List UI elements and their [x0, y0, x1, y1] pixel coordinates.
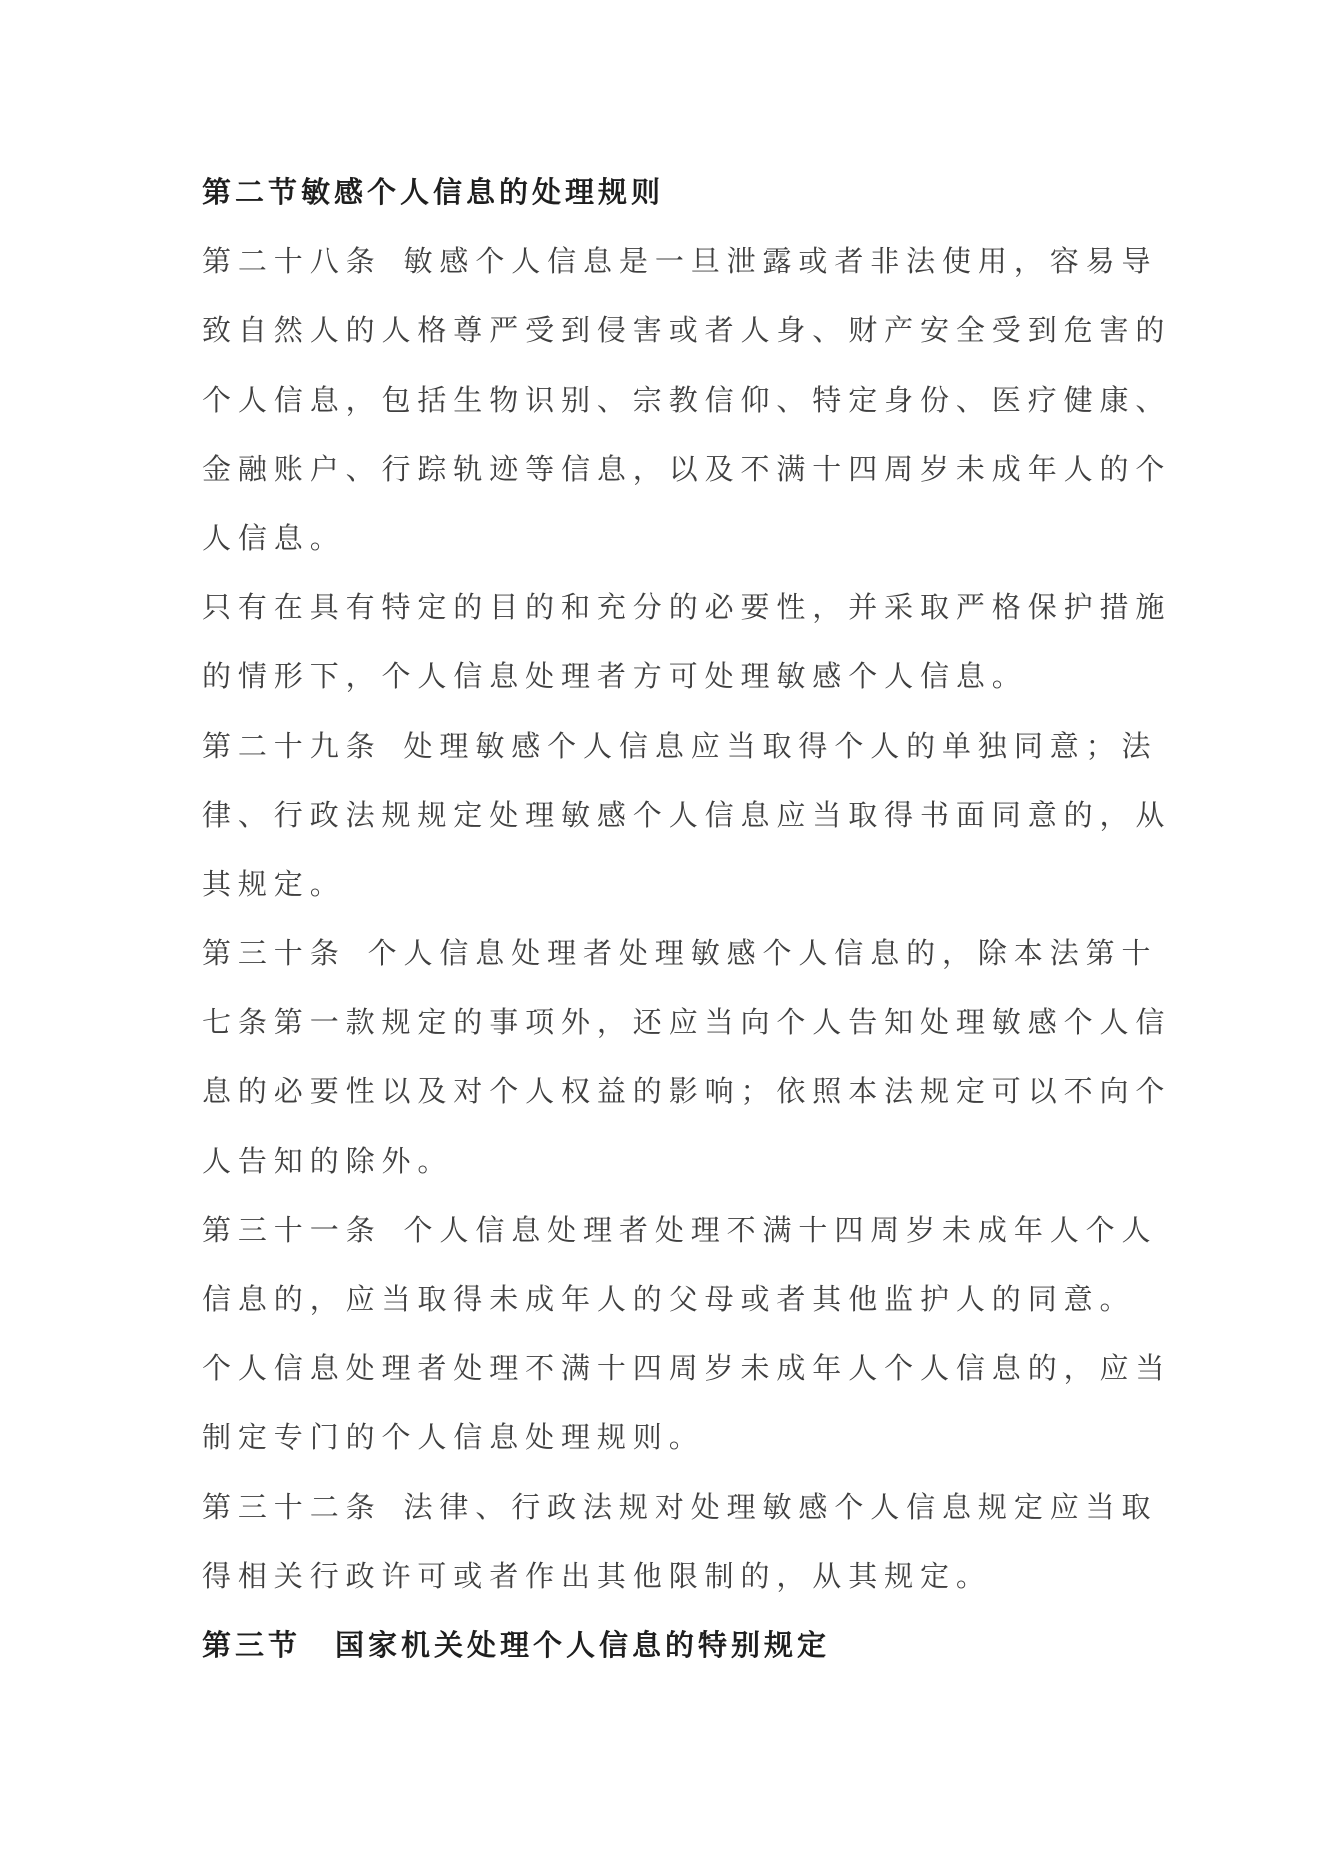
document-page: 第二节敏感个人信息的处理规则 第二十八条敏感个人信息是一旦泄露或者非法使用，容易… — [202, 158, 1122, 1680]
article-28-line-3: 个人信息，包括生物识别、宗教信仰、特定身份、医疗健康、 — [202, 366, 1122, 435]
article-32-text: 法律、行政法规对处理敏感个人信息规定应当取 — [404, 1490, 1158, 1524]
article-29-line-2: 律、行政法规规定处理敏感个人信息应当取得书面同意的，从 — [202, 781, 1122, 850]
article-29-text: 处理敏感个人信息应当取得个人的单独同意；法 — [404, 729, 1158, 763]
article-29-label: 第二十九条 — [202, 729, 382, 763]
article-28-line-2: 致自然人的人格尊严受到侵害或者人身、财产安全受到危害的 — [202, 296, 1122, 365]
article-29-line-1: 第二十九条处理敏感个人信息应当取得个人的单独同意；法 — [202, 712, 1122, 781]
article-30-text: 个人信息处理者处理敏感个人信息的，除本法第十 — [368, 936, 1158, 970]
section-heading-3: 第三节国家机关处理个人信息的特别规定 — [202, 1611, 1122, 1680]
article-28-para-2-line-2: 的情形下，个人信息处理者方可处理敏感个人信息。 — [202, 642, 1122, 711]
article-30-line-1: 第三十条个人信息处理者处理敏感个人信息的，除本法第十 — [202, 919, 1122, 988]
article-28-text: 敏感个人信息是一旦泄露或者非法使用，容易导 — [404, 244, 1158, 278]
article-32-line-2: 得相关行政许可或者作出其他限制的，从其规定。 — [202, 1542, 1122, 1611]
article-28-line-1: 第二十八条敏感个人信息是一旦泄露或者非法使用，容易导 — [202, 227, 1122, 296]
section-heading-3-label: 第三节 — [202, 1628, 301, 1662]
article-31-para-2-line-2: 制定专门的个人信息处理规则。 — [202, 1403, 1122, 1472]
article-30-line-4: 人告知的除外。 — [202, 1127, 1122, 1196]
article-28-label: 第二十八条 — [202, 244, 382, 278]
article-30-label: 第三十条 — [202, 936, 346, 970]
article-31-label: 第三十一条 — [202, 1213, 382, 1247]
article-31-text: 个人信息处理者处理不满十四周岁未成年人个人 — [404, 1213, 1158, 1247]
article-30-line-2: 七条第一款规定的事项外，还应当向个人告知处理敏感个人信 — [202, 988, 1122, 1057]
article-28-line-4: 金融账户、行踪轨迹等信息，以及不满十四周岁未成年人的个 — [202, 435, 1122, 504]
article-31-line-1: 第三十一条个人信息处理者处理不满十四周岁未成年人个人 — [202, 1196, 1122, 1265]
article-32-line-1: 第三十二条法律、行政法规对处理敏感个人信息规定应当取 — [202, 1473, 1122, 1542]
article-31-line-2: 信息的，应当取得未成年人的父母或者其他监护人的同意。 — [202, 1265, 1122, 1334]
section-heading-2: 第二节敏感个人信息的处理规则 — [202, 158, 1122, 227]
article-29-line-3: 其规定。 — [202, 850, 1122, 919]
section-heading-3-text: 国家机关处理个人信息的特别规定 — [335, 1628, 830, 1662]
article-32-label: 第三十二条 — [202, 1490, 382, 1524]
article-28-para-2-line-1: 只有在具有特定的目的和充分的必要性，并采取严格保护措施 — [202, 573, 1122, 642]
article-30-line-3: 息的必要性以及对个人权益的影响；依照本法规定可以不向个 — [202, 1057, 1122, 1126]
article-28-line-5: 人信息。 — [202, 504, 1122, 573]
article-31-para-2-line-1: 个人信息处理者处理不满十四周岁未成年人个人信息的，应当 — [202, 1334, 1122, 1403]
